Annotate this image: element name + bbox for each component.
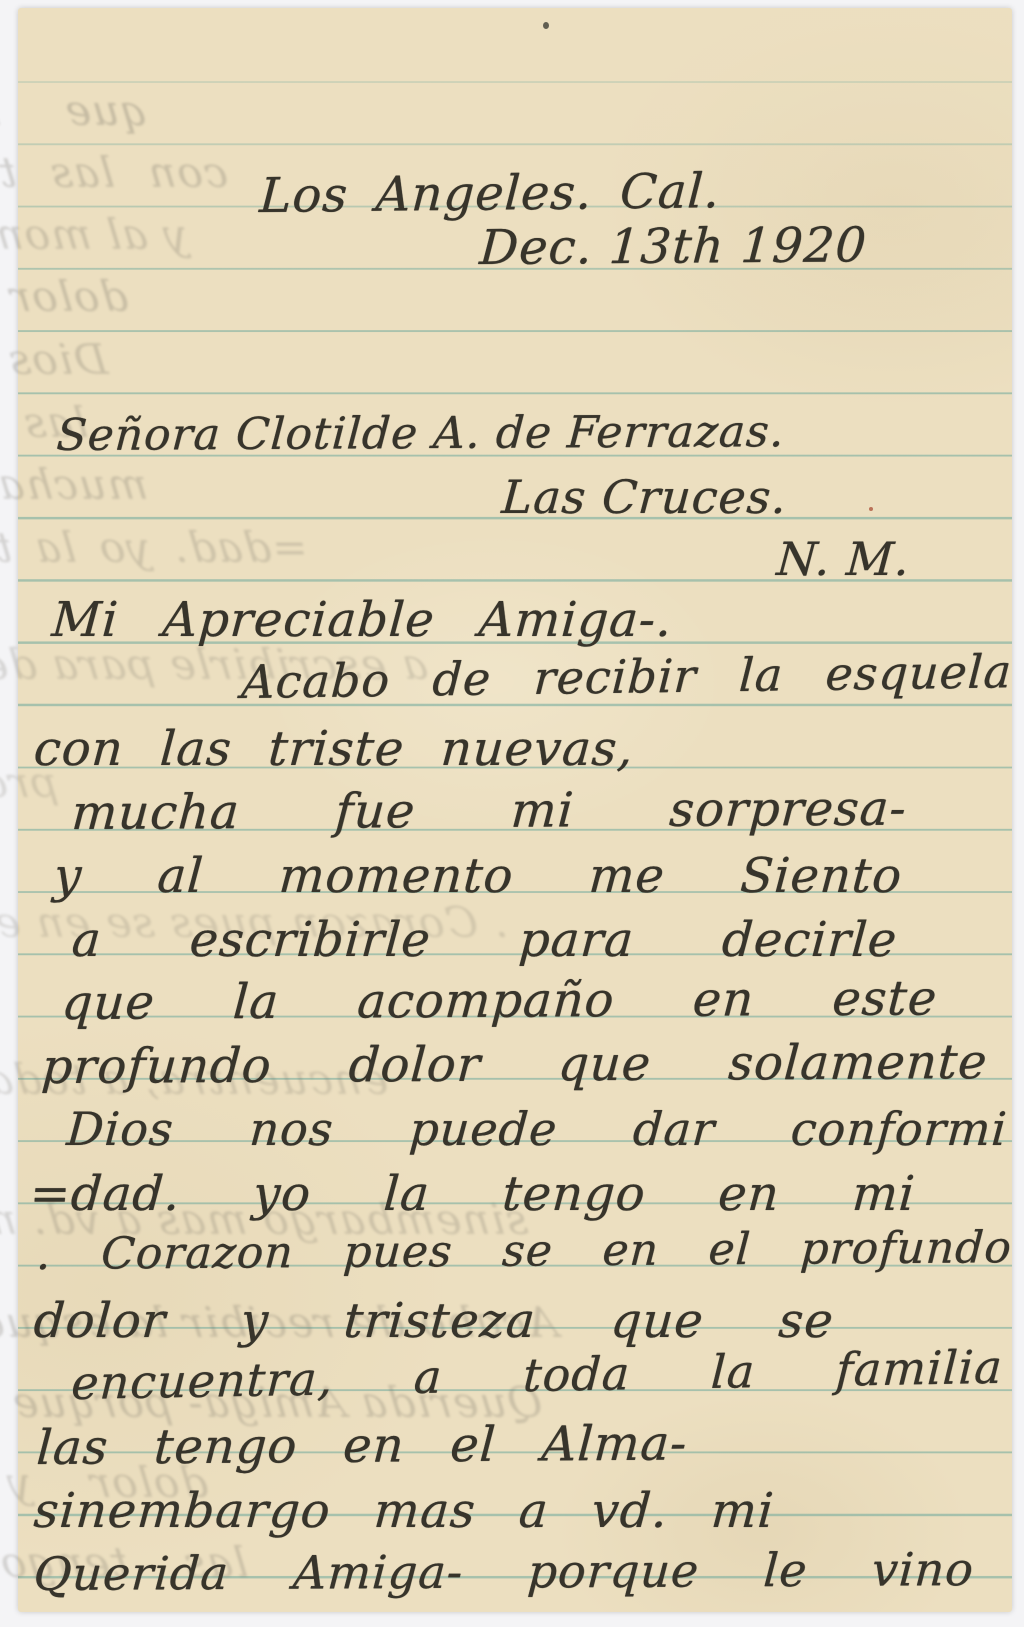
letter-line: que la acompaño en este bbox=[60, 970, 939, 1031]
letter-line: sinembargo mas a vd. mi bbox=[32, 1483, 776, 1539]
letter-line: Señora Clotilde A. de Ferrazas. bbox=[55, 406, 759, 461]
letter-line: Dios nos puede dar conformi bbox=[65, 1102, 1009, 1156]
letter-line: Dec. 13th 1920 bbox=[478, 218, 832, 276]
ink-speck bbox=[543, 22, 549, 29]
letter-line: . Corazon pues se en el profundo bbox=[35, 1222, 1014, 1280]
letter-line: mucha fue mi sorpresa- bbox=[70, 781, 909, 841]
letter-line: y al momento me Siento bbox=[52, 848, 904, 904]
scanned-letter: que la acompaño en estecon las triste nu… bbox=[0, 0, 1024, 1627]
handwriting-layer: Los Angeles. Cal.Dec. 13th 1920Señora Cl… bbox=[0, 0, 1024, 1627]
letter-line: Mi Apreciable Amiga-. bbox=[50, 592, 674, 648]
letter-line: dolor y tristeza que se bbox=[32, 1293, 836, 1349]
letter-line: =dad. yo la tengo en mi bbox=[28, 1166, 917, 1222]
letter-line: N. M. bbox=[775, 532, 909, 586]
letter-line: Querida Amiga- porque le vino bbox=[32, 1542, 976, 1601]
letter-line: profundo dolor que solamente bbox=[40, 1034, 989, 1095]
letter-line: a escribirle para decirle bbox=[70, 912, 899, 968]
letter-line: encuentra, a toda la familia bbox=[70, 1340, 1004, 1410]
letter-line: con las triste nuevas, bbox=[32, 721, 636, 777]
letter-line: las tengo en el Alma- bbox=[35, 1415, 689, 1476]
letter-line: Las Cruces. bbox=[500, 470, 734, 524]
letter-line: Los Angeles. Cal. bbox=[258, 163, 722, 224]
red-speck bbox=[869, 507, 873, 511]
letter-line: Acabo de recibir la esquela bbox=[240, 644, 1014, 709]
